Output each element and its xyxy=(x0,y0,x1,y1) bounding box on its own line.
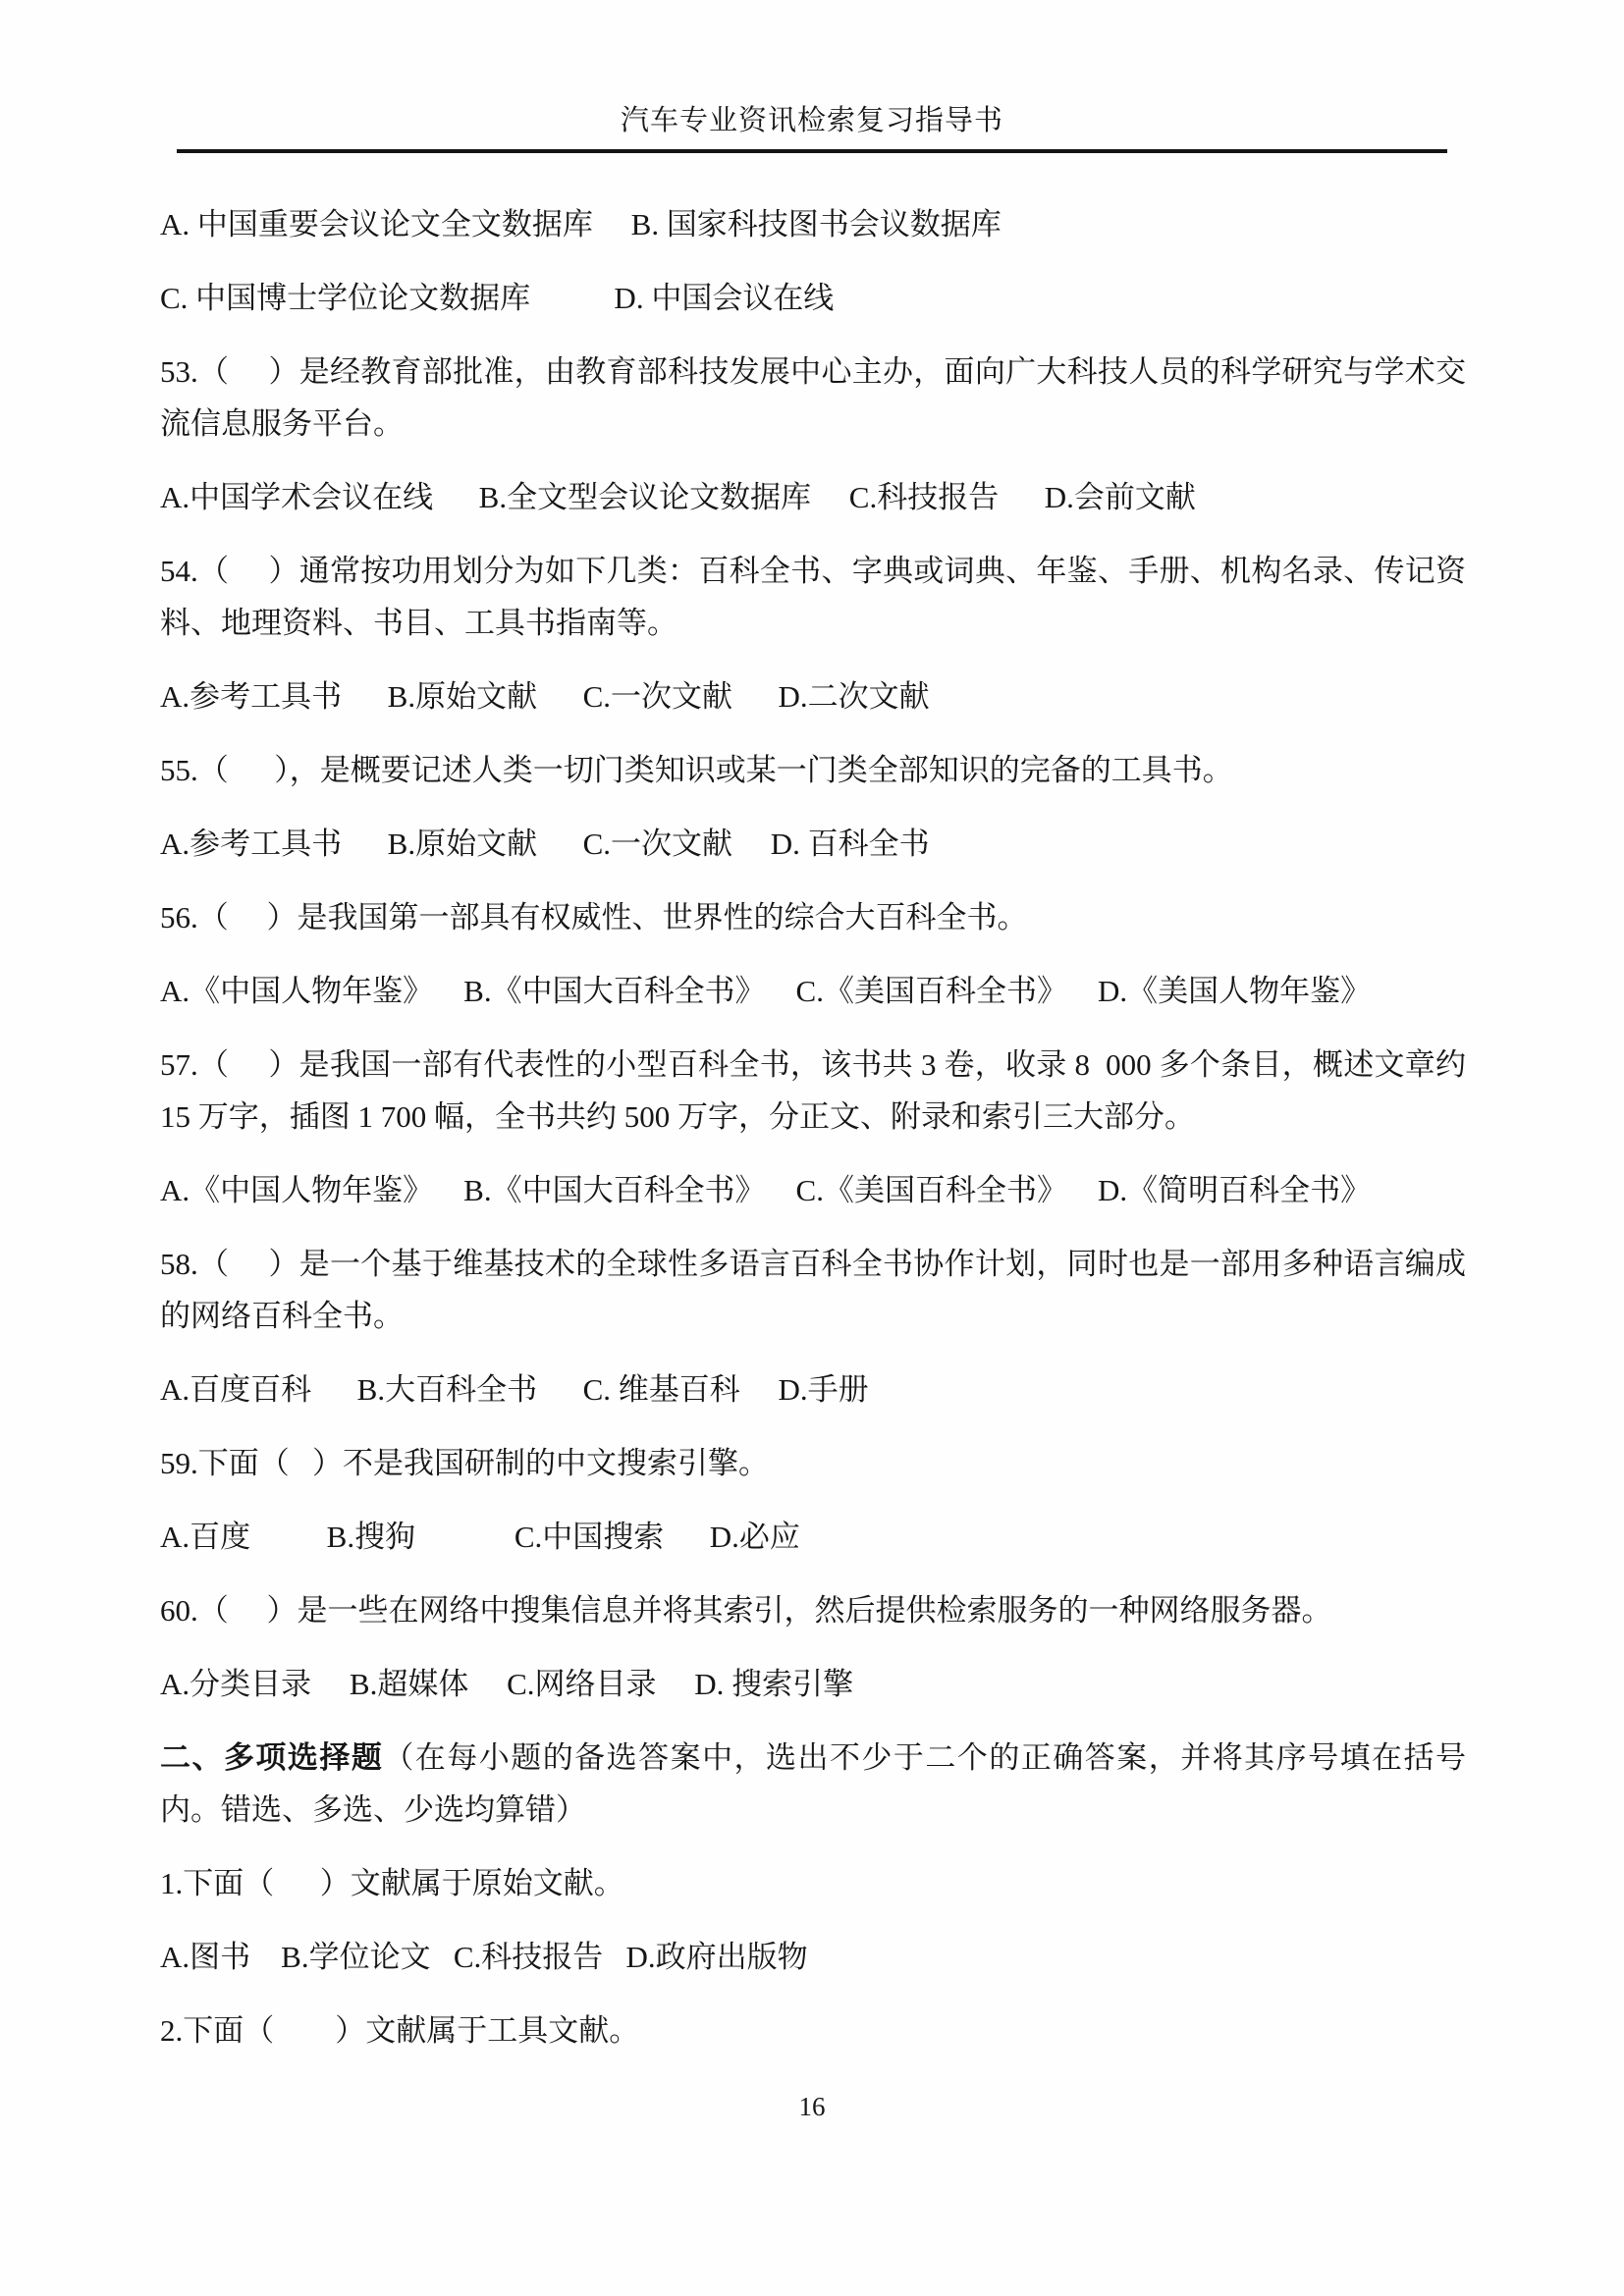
page-header: 汽车专业资讯检索复习指导书 xyxy=(177,102,1447,139)
q57-options: A.《中国人物年鉴》 B.《中国大百科全书》 C.《美国百科全书》 D.《简明百… xyxy=(160,1164,1466,1216)
q55-text: 55.（ ），是概要记述人类一切门类知识或某一门类全部知识的完备的工具书。 xyxy=(160,744,1466,796)
q60-options: A.分类目录 B.超媒体 C.网络目录 D. 搜索引擎 xyxy=(160,1658,1466,1710)
q55-options: A.参考工具书 B.原始文献 C.一次文献 D. 百科全书 xyxy=(160,818,1466,870)
page-header-title: 汽车专业资讯检索复习指导书 xyxy=(177,102,1447,139)
q53-options: A.中国学术会议在线 B.全文型会议论文数据库 C.科技报告 D.会前文献 xyxy=(160,471,1466,523)
section2-heading: 二、多项选择题（在每小题的备选答案中，选出不少于二个的正确答案，并将其序号填在括… xyxy=(160,1732,1466,1836)
document-page: 汽车专业资讯检索复习指导书 A. 中国重要会议论文全文数据库 B. 国家科技图书… xyxy=(0,0,1624,2296)
q54-text: 54.（ ）通常按功用划分为如下几类：百科全书、字典或词典、年鉴、手册、机构名录… xyxy=(160,545,1466,649)
q54-options: A.参考工具书 B.原始文献 C.一次文献 D.二次文献 xyxy=(160,670,1466,722)
q59-text: 59.下面（ ）不是我国研制的中文搜索引擎。 xyxy=(160,1437,1466,1489)
s2-q2-text: 2.下面（ ）文献属于工具文献。 xyxy=(160,2004,1466,2056)
q58-text: 58.（ ）是一个基于维基技术的全球性多语言百科全书协作计划，同时也是一部用多种… xyxy=(160,1238,1466,1342)
section2-heading-bold: 二、多项选择题 xyxy=(160,1740,383,1775)
s2-q1-options: A.图书 B.学位论文 C.科技报告 D.政府出版物 xyxy=(160,1931,1466,1983)
q57-text: 57.（ ）是我国一部有代表性的小型百科全书，该书共 3 卷，收录 8 000 … xyxy=(160,1039,1466,1143)
q52-options-cd: C. 中国博士学位论文数据库 D. 中国会议在线 xyxy=(160,272,1466,324)
page-number: 16 xyxy=(799,2092,826,2121)
q52-options-ab: A. 中国重要会议论文全文数据库 B. 国家科技图书会议数据库 xyxy=(160,198,1466,250)
q56-text: 56.（ ）是我国第一部具有权威性、世界性的综合大百科全书。 xyxy=(160,891,1466,943)
q59-options: A.百度 B.搜狗 C.中国搜索 D.必应 xyxy=(160,1511,1466,1563)
document-body: A. 中国重要会议论文全文数据库 B. 国家科技图书会议数据库 C. 中国博士学… xyxy=(160,198,1466,2078)
q53-text: 53.（ ）是经教育部批准，由教育部科技发展中心主办，面向广大科技人员的科学研究… xyxy=(160,346,1466,450)
q58-options: A.百度百科 B.大百科全书 C. 维基百科 D.手册 xyxy=(160,1363,1466,1415)
q60-text: 60.（ ）是一些在网络中搜集信息并将其索引，然后提供检索服务的一种网络服务器。 xyxy=(160,1584,1466,1636)
s2-q1-text: 1.下面（ ）文献属于原始文献。 xyxy=(160,1857,1466,1909)
q56-options: A.《中国人物年鉴》 B.《中国大百科全书》 C.《美国百科全书》 D.《美国人… xyxy=(160,965,1466,1017)
header-rule xyxy=(177,149,1447,153)
page-footer: 16 xyxy=(0,2089,1624,2124)
